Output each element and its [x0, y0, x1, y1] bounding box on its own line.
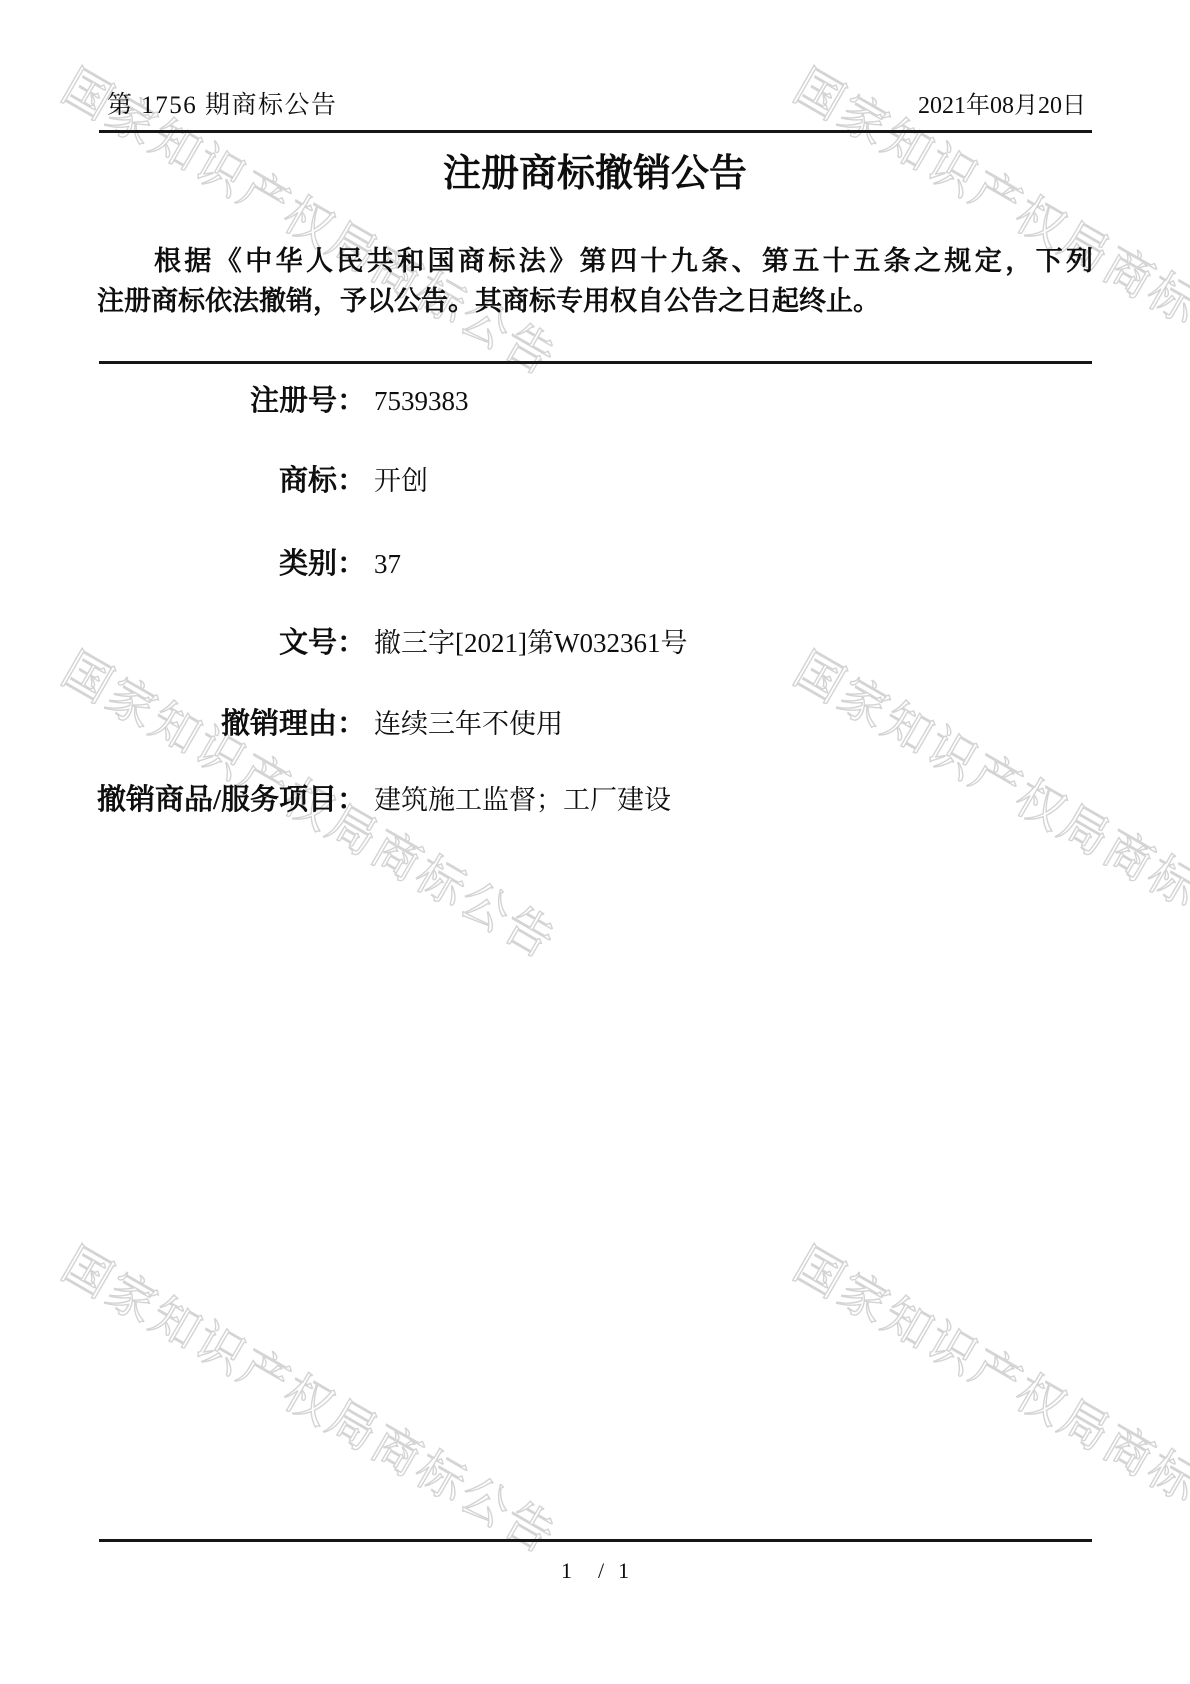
field-label: 类别：: [97, 547, 366, 581]
fields-divider: [99, 361, 1092, 364]
field-value: 建筑施工监督；工厂建设: [374, 785, 671, 815]
field-row-cancelled-goods-services: 撤销商品/服务项目：建筑施工监督；工厂建设: [97, 783, 1093, 822]
page-number: 1/1: [97, 1556, 1093, 1586]
field-row-registration-number: 注册号：7539383: [97, 384, 1093, 423]
field-value: 37: [374, 549, 401, 579]
watermark: 国家知识产权局商标公告: [52, 1227, 572, 1567]
field-label: 文号：: [97, 626, 366, 660]
field-row-cancellation-reason: 撤销理由：连续三年不使用: [97, 707, 1093, 746]
field-label: 撤销理由：: [97, 707, 366, 741]
field-row-document-number: 文号：撤三字[2021]第W032361号: [97, 626, 1093, 665]
field-row-trademark: 商标：开创: [97, 464, 1093, 503]
gazette-date: 2021年08月20日: [918, 91, 1086, 121]
field-value: 开创: [374, 466, 428, 496]
page-number-current: 1: [561, 1558, 572, 1583]
footer-divider: [99, 1539, 1092, 1542]
intro-paragraph-line-2: 注册商标依法撤销，予以公告。其商标专用权自公告之日起终止。: [97, 281, 1093, 321]
field-value: 7539383: [374, 386, 469, 416]
field-value: 连续三年不使用: [374, 709, 563, 739]
watermark: 国家知识产权局商标公告: [784, 1227, 1190, 1567]
field-row-class: 类别：37: [97, 547, 1093, 586]
gazette-page: 国家知识产权局商标公告 国家知识产权局商标公告 国家知识产权局商标公告 国家知识…: [0, 0, 1190, 1684]
header-divider: [99, 130, 1092, 133]
field-label: 撤销商品/服务项目：: [97, 783, 366, 817]
gazette-issue-label: 第 1756 期商标公告: [107, 91, 338, 121]
intro-paragraph-line-1: 根据《中华人民共和国商标法》第四十九条、第五十五条之规定，下列: [97, 241, 1093, 281]
field-label: 商标：: [97, 464, 366, 498]
page-title: 注册商标撤销公告: [97, 146, 1093, 202]
field-label: 注册号：: [97, 384, 366, 418]
page-number-total: 1: [618, 1558, 629, 1583]
field-value: 撤三字[2021]第W032361号: [374, 628, 687, 658]
page-number-separator: /: [598, 1558, 604, 1583]
